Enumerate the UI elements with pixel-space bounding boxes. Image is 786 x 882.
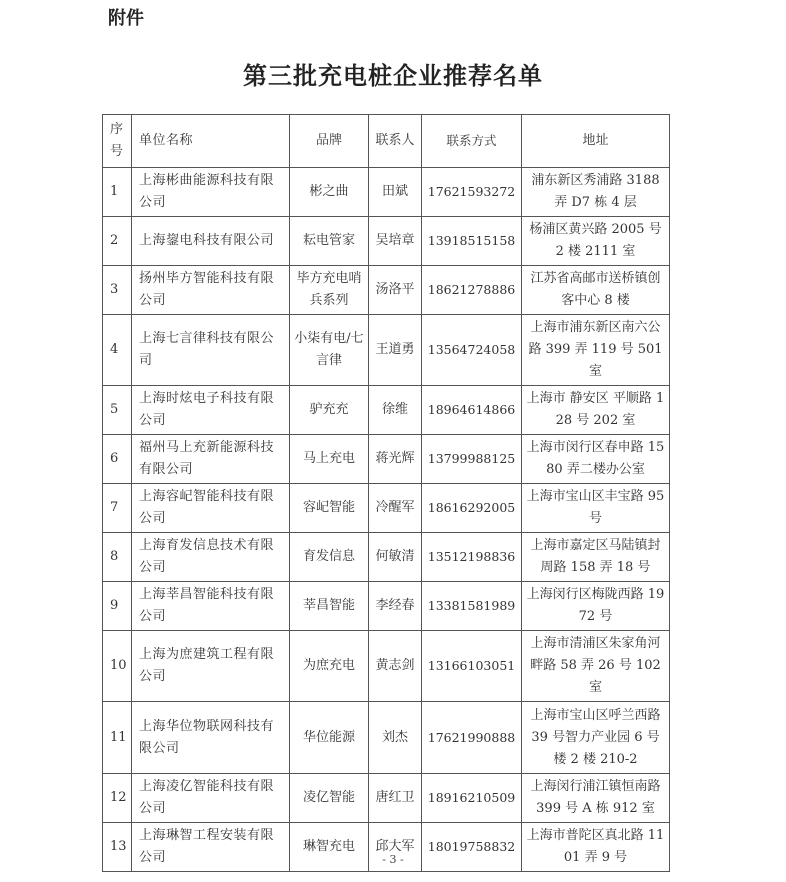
table-row: 3 扬州毕方智能科技有限公司 毕方充电哨兵系列 汤洛平 18621278886 … xyxy=(103,266,670,315)
cell-name: 上海时炫电子科技有限公司 xyxy=(132,386,290,435)
cell-brand: 为庶充电 xyxy=(290,631,369,702)
cell-brand: 马上充电 xyxy=(290,435,369,484)
table-row: 4 上海七言律科技有限公司 小柒有电/七言律 王道勇 13564724058 上… xyxy=(103,315,670,386)
cell-contact: 徐维 xyxy=(369,386,422,435)
cell-brand: 莘昌智能 xyxy=(290,582,369,631)
cell-name: 上海莘昌智能科技有限公司 xyxy=(132,582,290,631)
attachment-label: 附件 xyxy=(108,4,144,30)
cell-contact: 李经春 xyxy=(369,582,422,631)
table-row: 9 上海莘昌智能科技有限公司 莘昌智能 李经春 13381581989 上海闵行… xyxy=(103,582,670,631)
cell-brand: 驴充充 xyxy=(290,386,369,435)
cell-no: 1 xyxy=(103,168,132,217)
cell-brand: 华位能源 xyxy=(290,702,369,774)
cell-no: 12 xyxy=(103,774,132,823)
cell-name: 福州马上充新能源科技有限公司 xyxy=(132,435,290,484)
cell-contact: 刘杰 xyxy=(369,702,422,774)
cell-address: 上海市 静安区 平顺路 128 号 202 室 xyxy=(522,386,670,435)
cell-address: 江苏省高邮市送桥镇创客中心 8 楼 xyxy=(522,266,670,315)
table-row: 6 福州马上充新能源科技有限公司 马上充电 蒋光辉 13799988125 上海… xyxy=(103,435,670,484)
recommendation-table: 序号 单位名称 品牌 联系人 联系方式 地址 1 上海彬曲能源科技有限公司 彬之… xyxy=(102,114,670,872)
column-header-brand: 品牌 xyxy=(290,115,369,168)
cell-no: 8 xyxy=(103,533,132,582)
column-header-contact: 联系人 xyxy=(369,115,422,168)
cell-contact: 吴培章 xyxy=(369,217,422,266)
cell-address: 浦东新区秀浦路 3188 弄 D7 栋 4 层 xyxy=(522,168,670,217)
cell-phone: 13512198836 xyxy=(422,533,522,582)
cell-brand: 凌亿智能 xyxy=(290,774,369,823)
column-header-address: 地址 xyxy=(522,115,670,168)
page-number: - 3 - xyxy=(0,853,786,866)
cell-contact: 蒋光辉 xyxy=(369,435,422,484)
cell-name: 上海育发信息技术有限公司 xyxy=(132,533,290,582)
cell-name: 上海华位物联网科技有限公司 xyxy=(132,702,290,774)
cell-address: 上海市嘉定区马陆镇封周路 158 弄 18 号 xyxy=(522,533,670,582)
cell-name: 上海凌亿智能科技有限公司 xyxy=(132,774,290,823)
table-row: 12 上海凌亿智能科技有限公司 凌亿智能 唐红卫 18916210509 上海闵… xyxy=(103,774,670,823)
cell-phone: 18616292005 xyxy=(422,484,522,533)
cell-brand: 育发信息 xyxy=(290,533,369,582)
cell-name: 上海容屺智能科技有限公司 xyxy=(132,484,290,533)
cell-no: 6 xyxy=(103,435,132,484)
cell-name: 上海为庶建筑工程有限公司 xyxy=(132,631,290,702)
table-row: 1 上海彬曲能源科技有限公司 彬之曲 田斌 17621593272 浦东新区秀浦… xyxy=(103,168,670,217)
cell-contact: 黄志剑 xyxy=(369,631,422,702)
cell-phone: 13799988125 xyxy=(422,435,522,484)
cell-name: 上海七言律科技有限公司 xyxy=(132,315,290,386)
cell-brand: 毕方充电哨兵系列 xyxy=(290,266,369,315)
cell-contact: 田斌 xyxy=(369,168,422,217)
cell-phone: 17621990888 xyxy=(422,702,522,774)
cell-no: 9 xyxy=(103,582,132,631)
cell-no: 4 xyxy=(103,315,132,386)
cell-address: 上海市宝山区呼兰西路 39 号智力产业园 6 号楼 2 楼 210-2 xyxy=(522,702,670,774)
cell-brand: 彬之曲 xyxy=(290,168,369,217)
cell-address: 上海市宝山区丰宝路 95 号 xyxy=(522,484,670,533)
table-row: 2 上海鋆电科技有限公司 耘电管家 吴培章 13918515158 杨浦区黄兴路… xyxy=(103,217,670,266)
cell-address: 上海闵行区梅陇西路 1972 号 xyxy=(522,582,670,631)
cell-address: 上海市清浦区朱家角河畔路 58 弄 26 号 102 室 xyxy=(522,631,670,702)
cell-no: 11 xyxy=(103,702,132,774)
column-header-name: 单位名称 xyxy=(132,115,290,168)
cell-brand: 耘电管家 xyxy=(290,217,369,266)
cell-phone: 17621593272 xyxy=(422,168,522,217)
cell-contact: 何敏清 xyxy=(369,533,422,582)
cell-no: 3 xyxy=(103,266,132,315)
cell-address: 上海市闵行区春申路 1580 弄二楼办公室 xyxy=(522,435,670,484)
cell-address: 杨浦区黄兴路 2005 号 2 楼 2111 室 xyxy=(522,217,670,266)
cell-no: 7 xyxy=(103,484,132,533)
table-row: 8 上海育发信息技术有限公司 育发信息 何敏清 13512198836 上海市嘉… xyxy=(103,533,670,582)
table-row: 11 上海华位物联网科技有限公司 华位能源 刘杰 17621990888 上海市… xyxy=(103,702,670,774)
cell-contact: 冷醒军 xyxy=(369,484,422,533)
cell-brand: 容屺智能 xyxy=(290,484,369,533)
cell-contact: 汤洛平 xyxy=(369,266,422,315)
table-row: 7 上海容屺智能科技有限公司 容屺智能 冷醒军 18616292005 上海市宝… xyxy=(103,484,670,533)
cell-contact: 唐红卫 xyxy=(369,774,422,823)
cell-phone: 13564724058 xyxy=(422,315,522,386)
cell-no: 2 xyxy=(103,217,132,266)
cell-phone: 18621278886 xyxy=(422,266,522,315)
table-header-row: 序号 单位名称 品牌 联系人 联系方式 地址 xyxy=(103,115,670,168)
cell-no: 5 xyxy=(103,386,132,435)
cell-phone: 13381581989 xyxy=(422,582,522,631)
column-header-no: 序号 xyxy=(103,115,132,168)
cell-name: 上海鋆电科技有限公司 xyxy=(132,217,290,266)
column-header-phone: 联系方式 xyxy=(422,115,522,168)
cell-contact: 王道勇 xyxy=(369,315,422,386)
table-row: 10 上海为庶建筑工程有限公司 为庶充电 黄志剑 13166103051 上海市… xyxy=(103,631,670,702)
cell-address: 上海市浦东新区南六公路 399 弄 119 号 501 室 xyxy=(522,315,670,386)
cell-phone: 18964614866 xyxy=(422,386,522,435)
table-row: 5 上海时炫电子科技有限公司 驴充充 徐维 18964614866 上海市 静安… xyxy=(103,386,670,435)
document-title: 第三批充电桩企业推荐名单 xyxy=(0,56,786,91)
cell-name: 上海彬曲能源科技有限公司 xyxy=(132,168,290,217)
cell-no: 10 xyxy=(103,631,132,702)
cell-phone: 13166103051 xyxy=(422,631,522,702)
cell-address: 上海闵行浦江镇恒南路 399 号 A 栋 912 室 xyxy=(522,774,670,823)
cell-phone: 13918515158 xyxy=(422,217,522,266)
cell-brand: 小柒有电/七言律 xyxy=(290,315,369,386)
cell-name: 扬州毕方智能科技有限公司 xyxy=(132,266,290,315)
cell-phone: 18916210509 xyxy=(422,774,522,823)
